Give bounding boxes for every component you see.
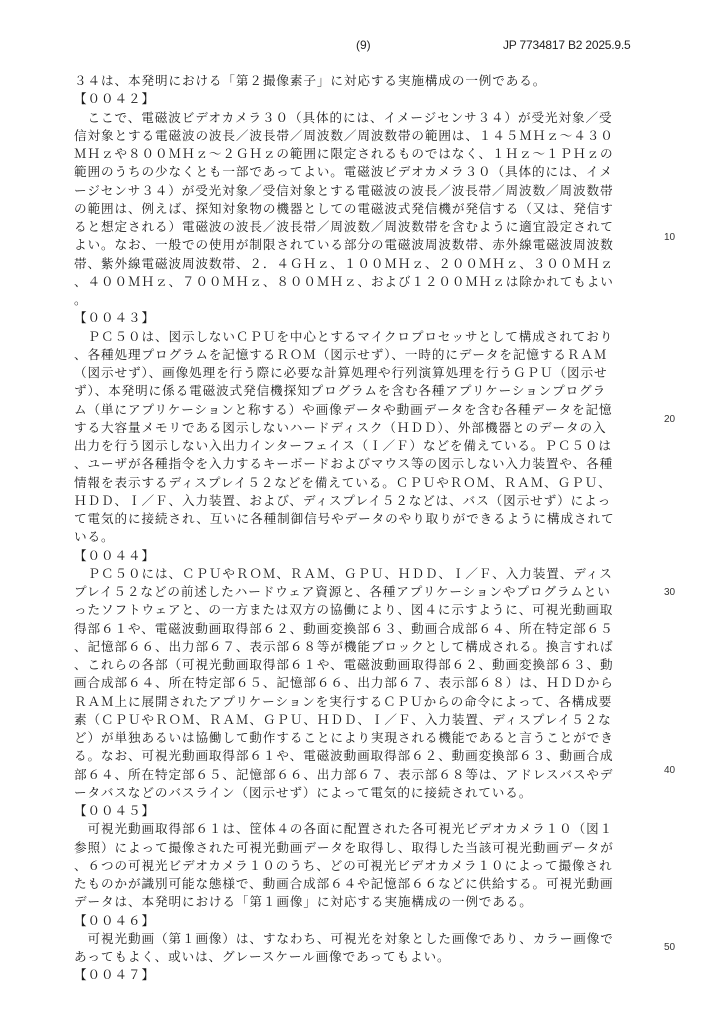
text-line: ータバスなどのバスライン（図示せず）によって電気的に接続されている。: [74, 784, 654, 802]
text-line: 画合成部６４、所在特定部６５、記憶部６６、出力部６７、表示部６８）は、ＨＤＤから: [74, 674, 654, 692]
text-line: ＭＨｚや８００ＭＨｚ～２ＧＨｚの範囲に限定されるものではなく、１Ｈｚ～１ＰＨｚの: [74, 145, 654, 163]
text-line: たものかが識別可能な態様で、動画合成部６４や記憶部６６などに供給する。可視光動画: [74, 875, 654, 893]
text-line: ム（単にアプリケーションと称する）や画像データや動画データを含む各種データを記憶: [74, 401, 654, 419]
text-line: て電気的に接続され、互いに各種制御信号やデータのやり取りができるように構成されて: [74, 510, 654, 528]
text-line: ると想定される）電磁波の波長／波長帯／周波数／周波数帯を含むように適宜設定されて: [74, 218, 654, 236]
line-number: 50: [664, 942, 675, 953]
text-line: ＰＣ５０には、ＣＰＵやＲＯＭ、ＲＡＭ、ＧＰＵ、ＨＤＤ、Ｉ／Ｆ、入力装置、ディス: [74, 565, 654, 583]
text-line: （図示せず）、画像処理を行う際に必要な計算処理や行列演算処理を行うＧＰＵ（図示せ: [74, 364, 654, 382]
text-line: 帯、紫外線電磁波周波数帯、２．４ＧＨｚ、１００ＭＨｚ、２００ＭＨｚ、３００ＭＨｚ: [74, 255, 654, 273]
page-number: (9): [356, 38, 371, 52]
text-line: ＰＣ５０は、図示しないＣＰＵを中心とするマイクロプロセッサとして構成されており: [74, 328, 654, 346]
text-line: ３４は、本発明における「第２撮像素子」に対応する実施構成の一例である。: [74, 72, 654, 90]
text-line: よい。なお、一般での使用が制限されている部分の電磁波周波数帯、赤外線電磁波周波数: [74, 236, 654, 254]
text-line: 出力を行う図示しない入出力インターフェイス（Ｉ／Ｆ）などを備えている。ＰＣ５０は: [74, 437, 654, 455]
line-number: 30: [664, 587, 675, 598]
text-line: ず）、本発明に係る電磁波式発信機探知プログラムを含む各種アプリケーションプログラ: [74, 382, 654, 400]
text-line: ＲＡＭ上に展開されたアプリケーションを実行するＣＰＵからの命令によって、各構成要: [74, 693, 654, 711]
paragraph-number: 【００４５】: [74, 802, 654, 820]
text-line: 可視光動画取得部６１は、筐体４の各面に配置された各可視光ビデオカメラ１０（図１: [74, 820, 654, 838]
text-line: 、各種処理プログラムを記憶するＲＯＭ（図示せず）、一時的にデータを記憶するＲＡＭ: [74, 346, 654, 364]
paragraph-number: 【００４２】: [74, 90, 654, 108]
publication-id: JP 7734817 B2 2025.9.5: [503, 38, 631, 52]
text-line: ど）が単独あるいは協働して動作することにより実現される機能であると言うことができ: [74, 729, 654, 747]
text-line: ＨＤＤ、Ｉ／Ｆ、入力装置、および、ディスプレイ５２などは、バス（図示せず）によっ: [74, 492, 654, 510]
text-line: 可視光動画（第１画像）は、すなわち、可視光を対象とした画像であり、カラー画像で: [74, 930, 654, 948]
text-line: 情報を表示するディスプレイ５２などを備えている。ＣＰＵやＲＯＭ、ＲＡＭ、ＧＰＵ、: [74, 474, 654, 492]
paragraph-number: 【００４６】: [74, 912, 654, 930]
document-body: ３４は、本発明における「第２撮像素子」に対応する実施構成の一例である。 【００４…: [74, 72, 654, 985]
text-line: 、ユーザが各種指令を入力するキーボードおよびマウス等の図示しない入力装置や、各種: [74, 455, 654, 473]
text-line: 、４００ＭＨｚ、７００ＭＨｚ、８００ＭＨｚ、および１２００ＭＨｚは除かれてもよい: [74, 273, 654, 291]
text-line: 範囲のうちの少なくとも一部であってよい。電磁波ビデオカメラ３０（具体的には、イメ: [74, 163, 654, 181]
text-line: プレイ５２などの前述したハードウェア資源と、各種アプリケーションやプログラムとい: [74, 583, 654, 601]
text-line: の範囲は、例えば、探知対象物の機器としての電磁波式発信機が発信する（又は、発信す: [74, 200, 654, 218]
text-line: 、記憶部６６、出力部６７、表示部６８等が機能ブロックとして構成される。換言すれば: [74, 638, 654, 656]
text-line: データは、本発明における「第１画像」に対応する実施構成の一例である。: [74, 893, 654, 911]
text-line: 信対象とする電磁波の波長／波長帯／周波数／周波数帯の範囲は、１４５ＭＨｚ～４３０: [74, 127, 654, 145]
text-line: 部６４、所在特定部６５、記憶部６６、出力部６７、表示部６８等は、アドレスバスやデ: [74, 766, 654, 784]
paragraph-number: 【００４７】: [74, 966, 654, 984]
text-line: 。: [74, 291, 654, 309]
text-line: ここで、電磁波ビデオカメラ３０（具体的には、イメージセンサ３４）が受光対象／受: [74, 109, 654, 127]
paragraph-number: 【００４３】: [74, 309, 654, 327]
text-line: いる。: [74, 528, 654, 546]
text-line: 参照）によって撮像された可視光動画データを取得し、取得した当該可視光動画データが: [74, 839, 654, 857]
text-line: する大容量メモリである図示しないハードディスク（ＨＤＤ）、外部機器とのデータの入: [74, 419, 654, 437]
line-number: 10: [664, 232, 675, 243]
line-number: 20: [664, 414, 675, 425]
text-line: あってもよく、或いは、グレースケール画像であってもよい。: [74, 948, 654, 966]
text-line: ったソフトウェアと、の一方または双方の協働により、図４に示すように、可視光動画取: [74, 601, 654, 619]
text-line: ージセンサ３４）が受光対象／受信対象とする電磁波の波長／波長帯／周波数／周波数帯: [74, 182, 654, 200]
paragraph-number: 【００４４】: [74, 547, 654, 565]
text-line: 、６つの可視光ビデオカメラ１０のうち、どの可視光ビデオカメラ１０によって撮像され: [74, 857, 654, 875]
text-line: 、これらの各部（可視光動画取得部６１や、電磁波動画取得部６２、動画変換部６３、動: [74, 656, 654, 674]
line-number: 40: [664, 765, 675, 776]
text-line: 素（ＣＰＵやＲＯＭ、ＲＡＭ、ＧＰＵ、ＨＤＤ、Ｉ／Ｆ、入力装置、ディスプレイ５２な: [74, 711, 654, 729]
text-line: る。なお、可視光動画取得部６１や、電磁波動画取得部６２、動画変換部６３、動画合成: [74, 747, 654, 765]
text-line: 得部６１や、電磁波動画取得部６２、動画変換部６３、動画合成部６４、所在特定部６５: [74, 620, 654, 638]
